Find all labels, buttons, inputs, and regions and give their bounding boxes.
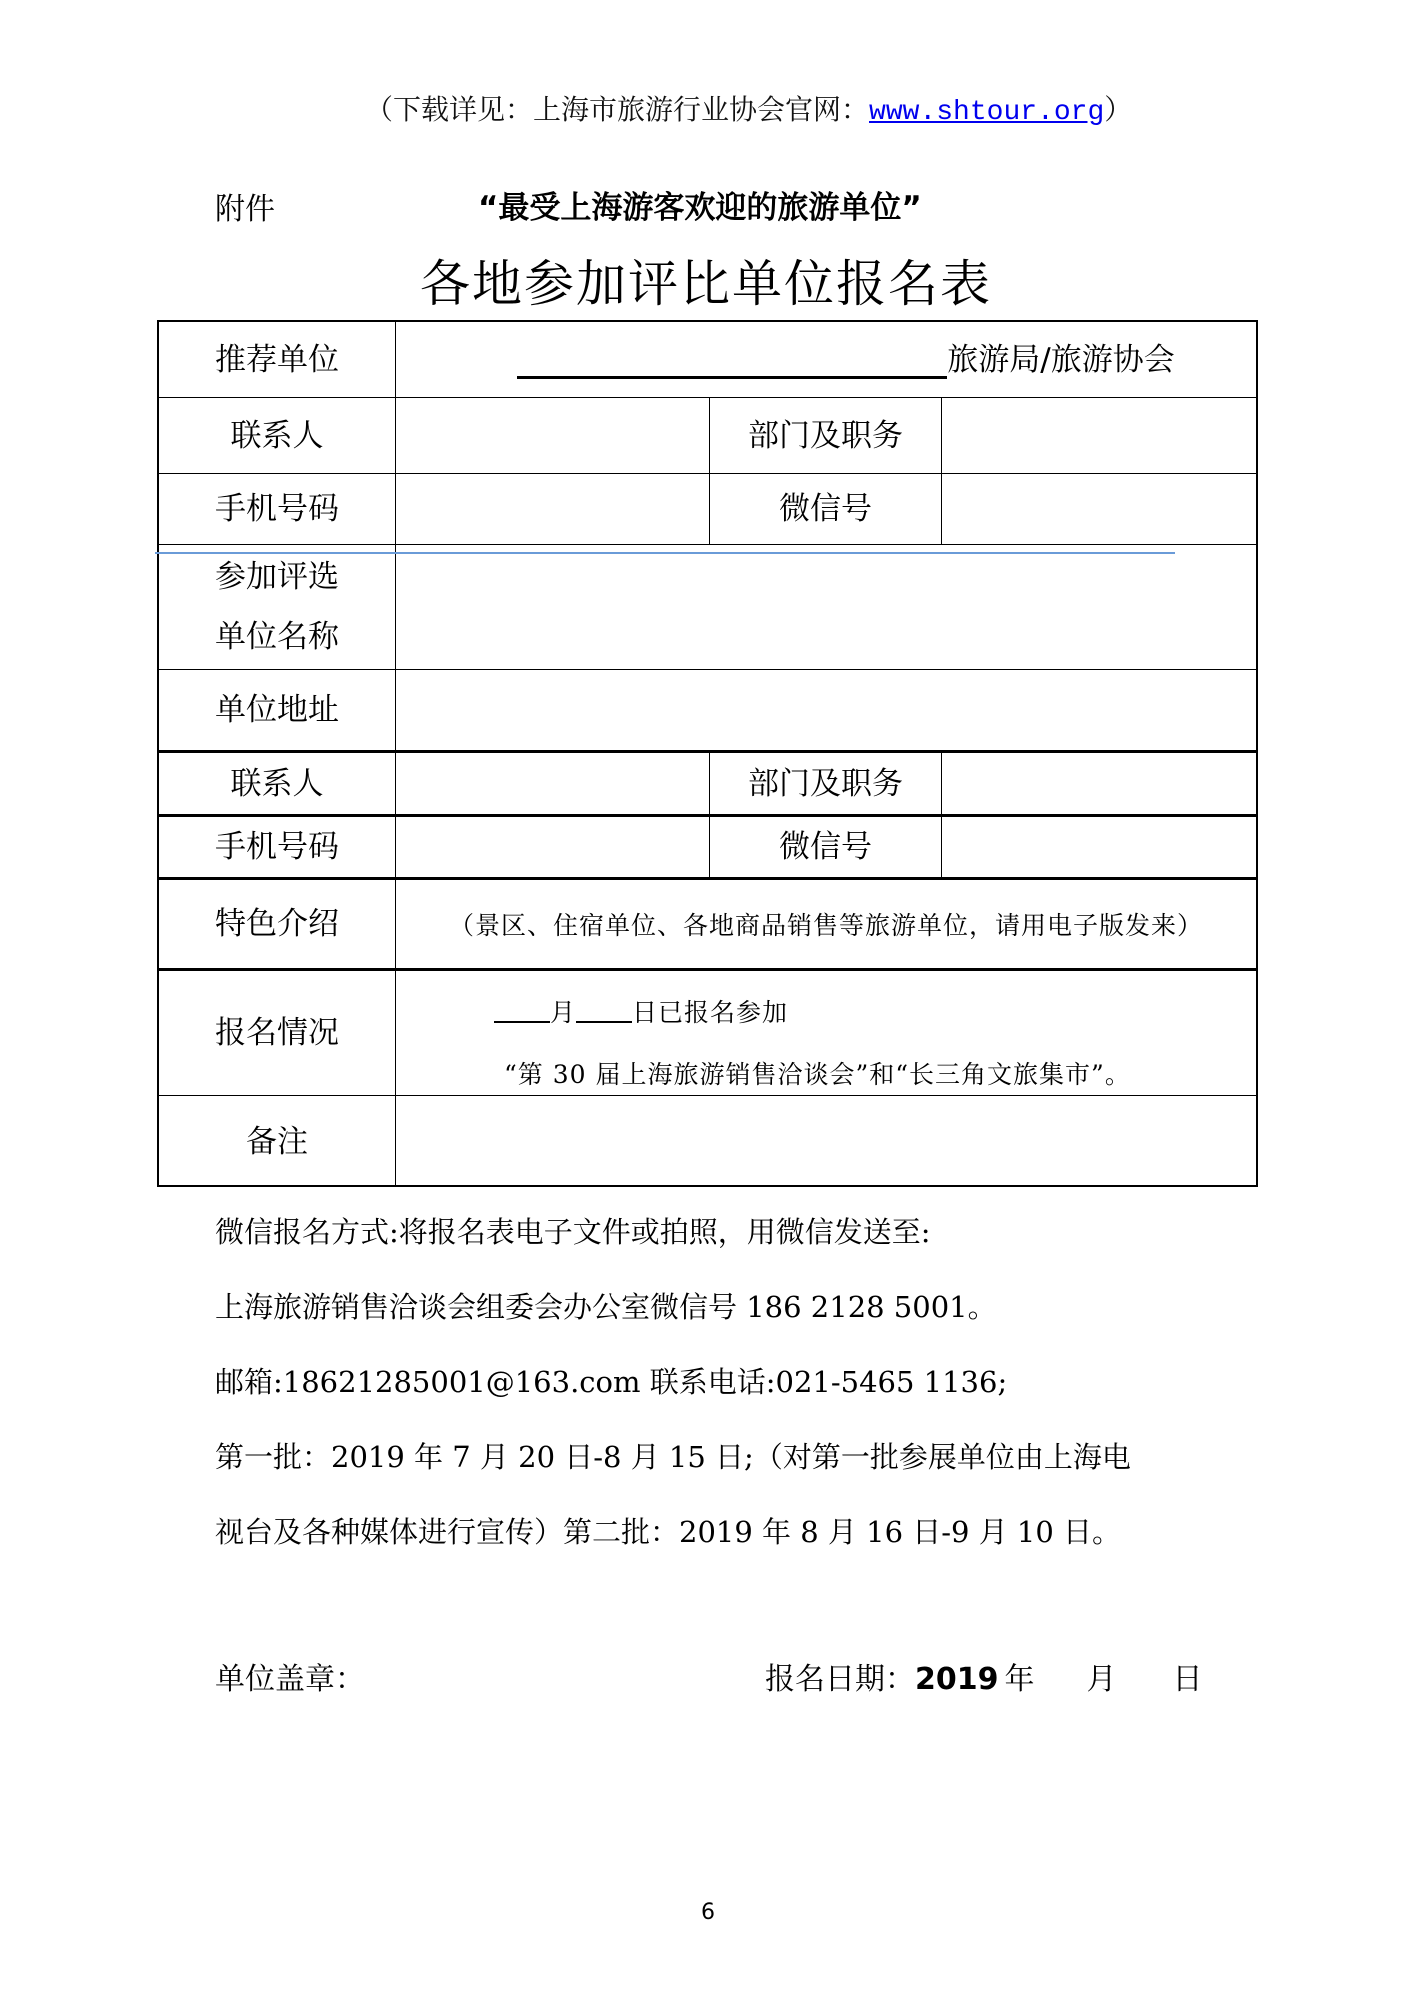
features-field[interactable]: （景区、住宿单位、各地商品销售等旅游单位，请用电子版发来） [395,880,1256,968]
day-blank[interactable] [576,997,632,1023]
wechat-2-label: 微信号 [709,817,941,877]
registration-date: 报名日期：2019年月日 [765,1658,1203,1702]
footer-line-4: 第一批：2019 年 7 月 20 日-8 月 15 日;（对第一批参展单位由上… [215,1437,1131,1477]
unit-name-field[interactable] [395,545,1256,669]
unit-name-label: 参加评选 单位名称 [159,545,395,669]
features-hint: （景区、住宿单位、各地商品销售等旅游单位，请用电子版发来） [449,906,1203,942]
phone-1-field[interactable] [395,474,709,544]
attachment-label: 附件 [215,188,275,232]
remarks-label: 备注 [159,1096,395,1187]
row-remarks: 备注 [159,1096,1256,1187]
registration-status-field: 月日已报名参加 “第 30 届上海旅游销售洽谈会”和“长三角文旅集市”。 [395,971,1256,1095]
website-link[interactable]: www.shtour.org [869,97,1104,128]
dept-2-field[interactable] [941,753,1256,814]
month-blank[interactable] [494,997,550,1023]
recommender-suffix: 旅游局/旅游协会 [947,341,1174,379]
unit-name-label-line1: 参加评选 [215,547,339,607]
row-phone-1: 手机号码 微信号 [159,474,1256,545]
footer-line-2: 上海旅游销售洽谈会组委会办公室微信号 186 2128 5001。 [215,1287,997,1327]
dept-1-field[interactable] [941,398,1256,473]
recommender-label: 推荐单位 [159,322,395,397]
remarks-field[interactable] [395,1096,1256,1187]
phone-2-label: 手机号码 [159,817,395,877]
date-label: 报名日期： [765,1662,915,1697]
registration-date-line: 月日已报名参加 [494,993,788,1029]
registration-event-line: “第 30 届上海旅游销售洽谈会”和“长三角文旅集市”。 [504,1055,1131,1091]
page-number: 6 [701,1900,715,1925]
phone-1-label: 手机号码 [159,474,395,544]
dept-2-label: 部门及职务 [709,753,941,814]
date-year: 2019 [915,1662,999,1697]
download-note-prefix: （下载详见：上海市旅游行业协会官网： [365,93,869,126]
dept-1-label: 部门及职务 [709,398,941,473]
registration-form-table: 推荐单位 旅游局/旅游协会 联系人 部门及职务 手机号码 微信号 参加评选 单位… [157,320,1258,1187]
footer-line-1: 微信报名方式:将报名表电子文件或拍照，用微信发送至: [215,1212,931,1252]
month-unit: 月 [550,998,576,1027]
row-recommender: 推荐单位 旅游局/旅游协会 [159,322,1256,398]
seal-label: 单位盖章： [215,1658,365,1702]
row-unit-address: 单位地址 [159,670,1256,753]
unit-address-field[interactable] [395,670,1256,750]
footer-line-5: 视台及各种媒体进行宣传）第二批：2019 年 8 月 16 日-9 月 10 日… [215,1512,1121,1552]
footer-line-3: 邮箱:18621285001@163.com 联系电话:021-5465 113… [215,1362,1007,1402]
document-subtitle: “最受上海游客欢迎的旅游单位” [478,186,922,230]
wechat-2-field[interactable] [941,817,1256,877]
features-label: 特色介绍 [159,880,395,968]
row-contact-2: 联系人 部门及职务 [159,753,1256,817]
date-year-unit: 年 [1005,1662,1035,1697]
registration-line1-rest: 日已报名参加 [632,998,788,1027]
unit-name-label-line2: 单位名称 [215,607,339,667]
blue-rule-line [155,552,1175,554]
contact-2-label: 联系人 [159,753,395,814]
wechat-1-label: 微信号 [709,474,941,544]
wechat-1-field[interactable] [941,474,1256,544]
recommender-field[interactable]: 旅游局/旅游协会 [395,322,1256,397]
date-month-unit: 月 [1087,1662,1117,1697]
contact-1-field[interactable] [395,398,709,473]
phone-2-field[interactable] [395,817,709,877]
row-contact-1: 联系人 部门及职务 [159,398,1256,474]
contact-2-field[interactable] [395,753,709,814]
download-note-suffix: ） [1104,93,1132,126]
document-title: 各地参加评比单位报名表 [420,252,992,316]
registration-status-label: 报名情况 [159,971,395,1095]
recommender-blank-underline[interactable] [517,346,947,379]
row-registration-status: 报名情况 月日已报名参加 “第 30 届上海旅游销售洽谈会”和“长三角文旅集市”… [159,971,1256,1096]
unit-address-label: 单位地址 [159,670,395,750]
row-unit-name: 参加评选 单位名称 [159,545,1256,670]
row-phone-2: 手机号码 微信号 [159,817,1256,880]
download-note: （下载详见：上海市旅游行业协会官网：www.shtour.org） [365,90,1132,133]
contact-1-label: 联系人 [159,398,395,473]
row-features: 特色介绍 （景区、住宿单位、各地商品销售等旅游单位，请用电子版发来） [159,880,1256,971]
date-day-unit: 日 [1173,1662,1203,1697]
